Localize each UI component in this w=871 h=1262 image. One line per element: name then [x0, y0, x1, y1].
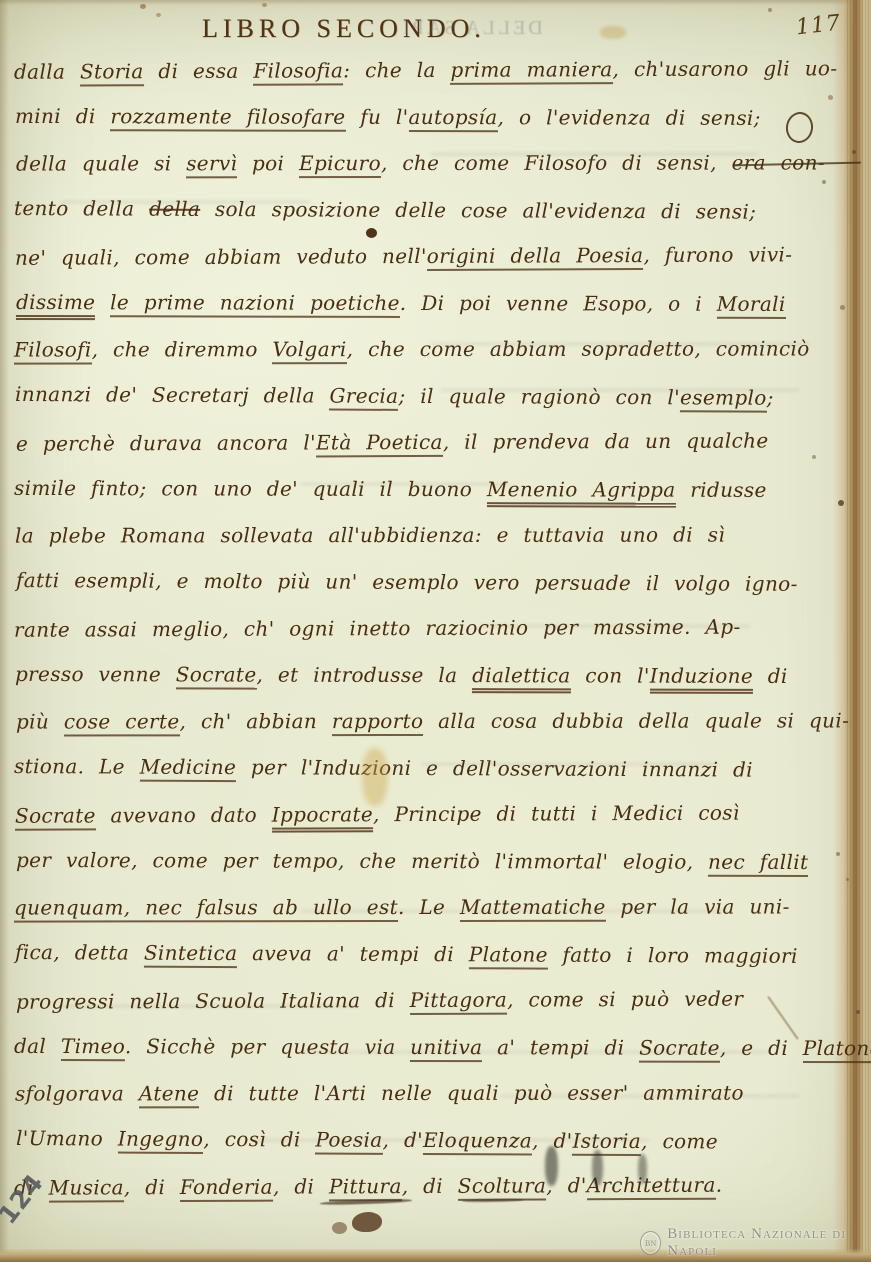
foxing-spot [812, 455, 816, 459]
manuscript-line: progressi nella Scuola Italiana di Pitta… [14, 975, 826, 1025]
manuscript-word: , che come Filosofo di sensi, era con- [381, 150, 825, 175]
manuscript-word: stiona. Le [14, 754, 140, 779]
ink-blot [352, 1212, 382, 1232]
manuscript-line: fatti esempli, e molto più un' esemplo v… [14, 557, 826, 607]
manuscript-word: la plebe Romana sollevata all'ubbidienza… [15, 523, 725, 548]
manuscript-word: mini di [15, 103, 110, 127]
manuscript-word: , et introdusse la [257, 662, 473, 687]
foxing-spot [840, 305, 845, 310]
manuscript-word: . Di poi venne Esopo, o i [400, 290, 717, 315]
manuscript-line: di Musica, di Fonderia, di Pittura, di S… [14, 1161, 826, 1211]
manuscript-word-emphasized: autopsía [408, 104, 497, 131]
manuscript-word-emphasized: quenquam, nec falsus ab ullo est [14, 895, 398, 923]
manuscript-line: mini di rozzamente filosofare fu l'autop… [14, 92, 826, 141]
manuscript-word [95, 290, 110, 314]
manuscript-word: : che la [343, 58, 450, 82]
manuscript-line: simile finto; con uno de' quali il buono… [14, 464, 826, 513]
manuscript-word: ; il quale ragionò con l' [398, 383, 680, 408]
manuscript-word: , Principe di tutti i Medici così [373, 801, 740, 827]
manuscript-word-emphasized: Architettura [587, 1173, 716, 1201]
manuscript-word-emphasized: unitiva [410, 1034, 482, 1061]
manuscript-line: rante assai meglio, ch' ogni inetto razi… [14, 603, 826, 653]
manuscript-word: tento della [14, 196, 149, 221]
foxing-spot [822, 180, 826, 184]
manuscript-word-emphasized: Medicine [140, 754, 237, 781]
manuscript-word: di [753, 663, 788, 687]
manuscript-word: avevano dato [96, 803, 272, 828]
manuscript-word: innanzi de' Secretarj della [15, 382, 330, 408]
manuscript-word-emphasized: Volgari [272, 337, 346, 364]
manuscript-word-emphasized: Ippocrate [272, 802, 373, 832]
manuscript-word: , furono vivi- [643, 242, 792, 267]
manuscript-line: tento della della sola sposizione delle … [14, 185, 826, 235]
ink-blot [332, 1222, 347, 1234]
manuscript-word: della quale si [16, 151, 186, 175]
manuscript-word-emphasized: Istoria [572, 1128, 641, 1155]
manuscript-word-emphasized: Epicuro [299, 151, 381, 178]
manuscript-line: l'Umano Ingegno, così di Poesia, d'Eloqu… [14, 1115, 826, 1165]
manuscript-word: . Le [398, 895, 460, 919]
manuscript-word: sfolgorava [15, 1081, 139, 1105]
manuscript-word: rante assai meglio, ch' ogni inetto razi… [14, 615, 741, 642]
folio-number: 117 [795, 11, 842, 41]
manuscript-word: aveva a' tempi di [237, 941, 469, 966]
manuscript-word: di essa [144, 59, 254, 83]
manuscript-word-emphasized: Ingegno [118, 1126, 204, 1153]
foxing-spot [852, 150, 856, 154]
manuscript-page-scan: LIBRO SECONDO. DELLA SAPI 117 dalla Stor… [0, 0, 871, 1262]
manuscript-line: e perchè durava ancora l'Età Poetica, il… [14, 417, 826, 467]
ink-spot [366, 228, 377, 238]
manuscript-word-emphasized: Fonderia [180, 1175, 273, 1202]
manuscript-word-emphasized: cose certe [64, 709, 180, 736]
manuscript-word: con l' [571, 663, 650, 687]
stain [362, 748, 388, 806]
ink-smudge [545, 1146, 558, 1186]
manuscript-word-emphasized: origini della Poesia [427, 243, 644, 271]
bleedthrough-title: DELLA SAPI [400, 17, 543, 40]
manuscript-word-emphasized: nec fallit [708, 849, 808, 876]
manuscript-word-emphasized: Platone [469, 942, 548, 969]
manuscript-line: della quale si servì poi Epicuro, che co… [14, 139, 826, 187]
manuscript-word-emphasized: rozzamente filosofare [110, 104, 345, 132]
manuscript-word-emphasized: Socrate [176, 662, 257, 689]
manuscript-word-emphasized: Musica [49, 1175, 124, 1202]
library-stamp: BN Biblioteca Nazionale di Napoli [640, 1226, 871, 1260]
manuscript-word: fica, detta [15, 940, 144, 965]
manuscript-line: per valore, come per tempo, che meritò l… [14, 836, 826, 885]
manuscript-word-emphasized: dialettica [472, 663, 571, 693]
manuscript-word-emphasized: Atene [139, 1081, 199, 1108]
foxing-spot [828, 95, 833, 100]
manuscript-word-emphasized: Platone [803, 1036, 871, 1063]
manuscript-line: quenquam, nec falsus ab ullo est. Le Mat… [14, 883, 826, 931]
manuscript-word: , il prendeva da un qualche [443, 428, 769, 453]
manuscript-word-emphasized: Filosofi [14, 337, 92, 364]
manuscript-word-emphasized: Eloquenza [423, 1128, 532, 1156]
manuscript-word-emphasized: Socrate [639, 1035, 720, 1062]
manuscript-word-emphasized: Filosofia [253, 58, 343, 85]
manuscript-word-emphasized: Età Poetica [316, 430, 443, 458]
manuscript-word-emphasized: dissime [16, 289, 95, 319]
manuscript-word: sola sposizione delle cose all'evidenza … [200, 196, 756, 223]
manuscript-word: fatti esempli, e molto più un' esemplo v… [16, 568, 798, 596]
ink-smudge [592, 1150, 603, 1186]
manuscript-word-emphasized: Induzione [650, 663, 753, 693]
foxing-spot [140, 4, 146, 9]
manuscript-word: alla cosa dubbia della quale si qui- [423, 708, 849, 733]
page-top-edge [0, 0, 871, 5]
manuscript-line: ne' quali, come abbiam veduto nell'origi… [14, 231, 826, 281]
manuscript-word: per valore, come per tempo, che meritò l… [16, 847, 708, 873]
manuscript-word-emphasized: Storia [80, 59, 144, 86]
manuscript-word: , di [124, 1175, 180, 1199]
manuscript-line: dalla Storia di essa Filosofia: che la p… [14, 45, 826, 95]
manuscript-word: . Sicchè per questa via [125, 1034, 410, 1059]
manuscript-word: dal [14, 1033, 61, 1057]
manuscript-word: , d' [383, 1127, 424, 1151]
manuscript-line: la plebe Romana sollevata all'ubbidienza… [14, 511, 826, 559]
manuscript-word-emphasized: Scoltura [458, 1173, 547, 1200]
manuscript-word: , di [273, 1174, 329, 1198]
book-fore-edge [833, 0, 871, 1262]
foxing-spot [768, 8, 772, 12]
manuscript-word-emphasized: Poesia [315, 1127, 382, 1154]
manuscript-line: dal Timeo. Sicchè per questa via unitiva… [14, 1022, 826, 1071]
manuscript-word-emphasized: le prime nazioni poetiche [110, 290, 400, 318]
manuscript-word: , così di [203, 1126, 315, 1151]
manuscript-word: , e di [720, 1035, 803, 1059]
manuscript-word-emphasized: Timeo [61, 1034, 125, 1061]
manuscript-line: presso venne Socrate, et introdusse la d… [14, 650, 826, 699]
manuscript-word-emphasized: Pittagora [410, 988, 507, 1015]
foxing-spot [838, 500, 844, 506]
manuscript-word-emphasized: servì [186, 151, 237, 178]
manuscript-word-emphasized: Menenio Agrippa [487, 477, 676, 507]
manuscript-word: ne' quali, come abbiam veduto nell' [15, 244, 427, 270]
manuscript-word: , che come abbiam sopradetto, cominciò [347, 336, 810, 361]
manuscript-word: a' tempi di [482, 1035, 639, 1059]
manuscript-word-emphasized: Socrate [15, 803, 96, 830]
manuscript-word-emphasized: Morali [717, 291, 786, 318]
manuscript-word: più [16, 709, 64, 733]
manuscript-line: Filosofi, che diremmo Volgari, che come … [14, 325, 826, 373]
manuscript-word: , di [402, 1174, 458, 1198]
manuscript-word: , come [641, 1129, 718, 1153]
manuscript-word-emphasized: prima maniera [450, 57, 612, 85]
manuscript-word-emphasized: Pittura [329, 1174, 402, 1201]
manuscript-line: dissime le prime nazioni poetiche. Di po… [14, 278, 826, 327]
manuscript-word-emphasized: Mattematiche [460, 895, 606, 922]
manuscript-word: per la via uni- [606, 894, 790, 918]
manuscript-word: poi [237, 151, 299, 175]
manuscript-word: presso venne [15, 661, 176, 685]
library-stamp-label: Biblioteca Nazionale di Napoli [667, 1226, 871, 1260]
manuscript-word: di tutte l'Arti nelle quali può esser' a… [199, 1081, 744, 1106]
manuscript-word: e perchè durava ancora l' [16, 430, 316, 455]
manuscript-word: , o l'evidenza di sensi; [498, 105, 761, 130]
manuscript-word-emphasized: della [149, 196, 200, 220]
foxing-spot [156, 13, 161, 17]
manuscript-word: per l'Induzioni e dell'osservazioni inna… [236, 755, 753, 782]
manuscript-word-emphasized: esemplo [680, 385, 767, 412]
manuscript-word: ridusse [676, 477, 767, 501]
manuscript-word-emphasized: Sintetica [144, 940, 238, 967]
foxing-spot [836, 852, 840, 856]
manuscript-line: innanzi de' Secretarj della Grecia; il q… [14, 371, 826, 421]
manuscript-word: , ch' abbian [179, 709, 331, 733]
manuscript-word: , ch'usarono gli uo- [612, 56, 837, 81]
manuscript-line: sfolgorava Atene di tutte l'Arti nelle q… [14, 1069, 826, 1117]
manuscript-line: più cose certe, ch' abbian rapporto alla… [14, 697, 826, 745]
manuscript-word-emphasized: rapporto [332, 709, 424, 736]
manuscript-word-emphasized: Grecia [329, 383, 398, 410]
manuscript-word: l'Umano [16, 1126, 118, 1150]
page-left-edge [0, 0, 9, 1262]
library-stamp-logo: BN [640, 1231, 661, 1255]
manuscript-word: , che diremmo [92, 337, 273, 361]
manuscript-word: fu l' [345, 104, 408, 128]
foxing-spot [262, 3, 267, 7]
manuscript-word: fatto i loro maggiori [548, 942, 798, 967]
stain [600, 26, 626, 39]
manuscript-line: stiona. Le Medicine per l'Induzioni e de… [14, 743, 826, 793]
manuscript-word: progressi nella Scuola Italiana di [16, 988, 410, 1014]
ink-smudge [638, 1154, 647, 1184]
foxing-spot [856, 1010, 860, 1014]
manuscript-word: . [716, 1173, 723, 1197]
manuscript-word: , come si può veder [507, 987, 743, 1012]
manuscript-text-block: dalla Storia di essa Filosofia: che la p… [14, 47, 826, 1210]
manuscript-word: ; [767, 385, 774, 409]
manuscript-line: fica, detta Sintetica aveva a' tempi di … [14, 929, 826, 979]
foxing-spot [846, 878, 849, 881]
manuscript-line: Socrate avevano dato Ippocrate, Principe… [14, 789, 826, 839]
manuscript-word: simile finto; con uno de' quali il buono [14, 475, 487, 500]
manuscript-word: dalla [14, 59, 80, 83]
